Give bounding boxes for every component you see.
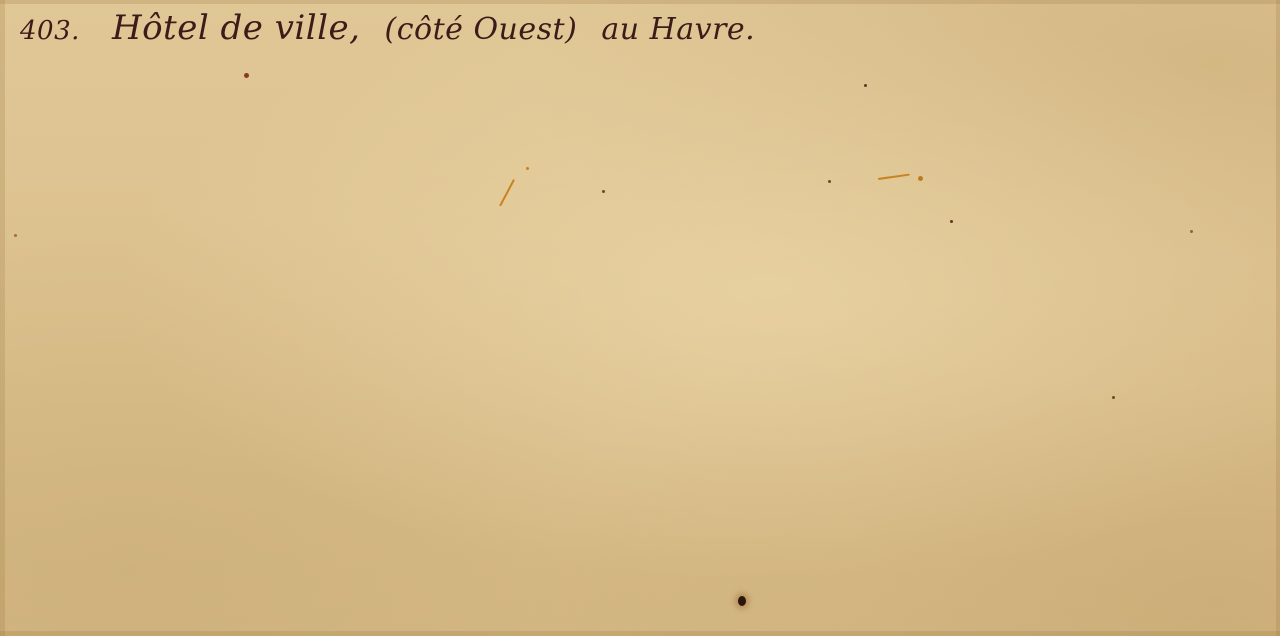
ink-dot xyxy=(244,73,249,78)
rust-streak xyxy=(878,174,910,180)
card-number: 403. xyxy=(20,16,80,46)
dirt-speck xyxy=(14,234,17,237)
inscription-location: au Havre. xyxy=(601,12,755,47)
card-edge-bottom xyxy=(0,631,1280,636)
rust-streak xyxy=(499,179,515,206)
card-back: 403. Hôtel de ville, (côté Ouest) au Hav… xyxy=(0,0,1280,636)
card-edge-left xyxy=(0,0,5,636)
dirt-speck xyxy=(864,84,867,87)
rust-fleck xyxy=(918,176,923,181)
dirt-speck xyxy=(1190,230,1193,233)
handwritten-inscription: 403. Hôtel de ville, (côté Ouest) au Hav… xyxy=(20,8,769,48)
dirt-speck xyxy=(602,190,605,193)
dirt-speck xyxy=(950,220,953,223)
dark-spot xyxy=(738,596,746,606)
card-edge-right xyxy=(1276,0,1280,636)
inscription-qualifier: (côté Ouest) xyxy=(385,12,578,47)
rust-fleck xyxy=(526,167,529,170)
card-edge-top xyxy=(0,0,1280,4)
dirt-speck xyxy=(1112,396,1115,399)
dirt-speck xyxy=(828,180,831,183)
inscription-title: Hôtel de ville, xyxy=(112,8,361,48)
